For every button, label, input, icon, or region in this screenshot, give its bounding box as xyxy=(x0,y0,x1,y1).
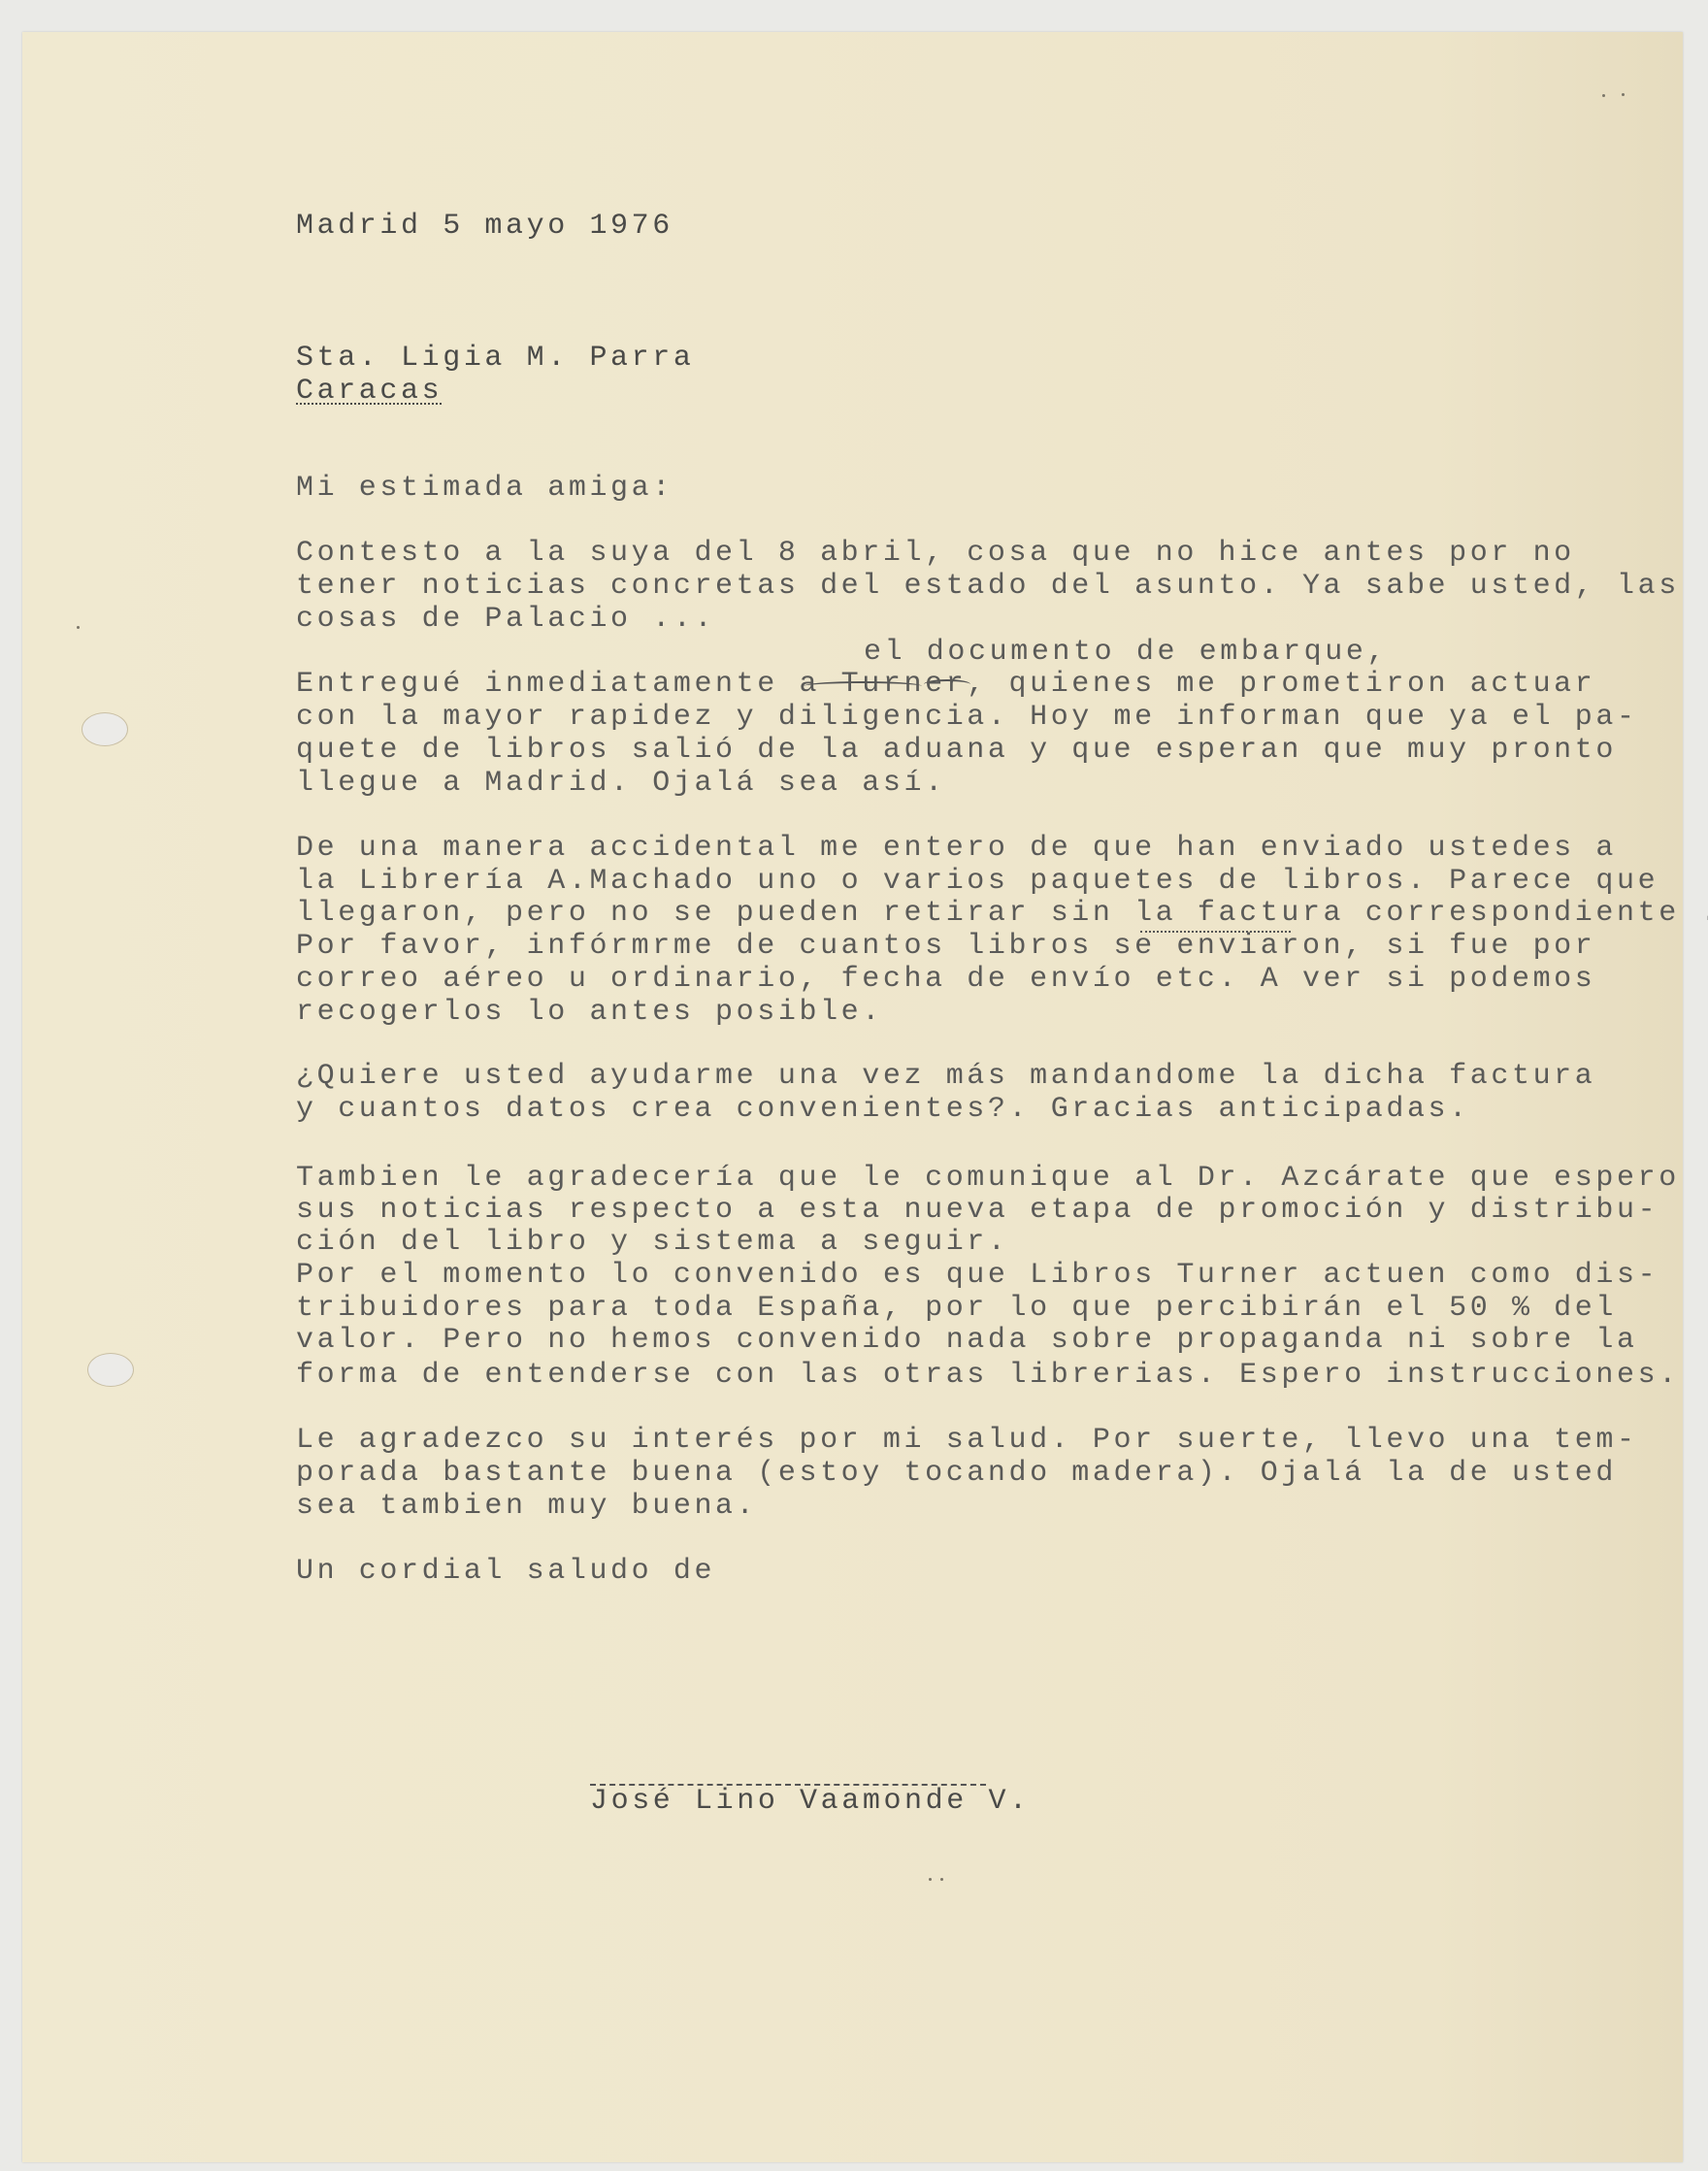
closing: Un cordial saludo de xyxy=(296,1555,715,1588)
recipient-city: Caracas xyxy=(296,375,443,408)
paragraph-line: tener noticias concretas del estado del … xyxy=(296,570,1680,603)
paragraph-line: correo aéreo u ordinario, fecha de envío… xyxy=(296,963,1595,996)
punch-hole-bottom xyxy=(87,1353,134,1387)
paragraph-line: recogerlos lo antes posible. xyxy=(296,996,883,1029)
paragraph-line: y cuantos datos crea convenientes?. Grac… xyxy=(296,1093,1470,1126)
paragraph-line: la Librería A.Machado uno o varios paque… xyxy=(296,865,1659,898)
stray-mark xyxy=(1622,93,1625,96)
paragraph-line: con la mayor rapidez y diligencia. Hoy m… xyxy=(296,701,1638,734)
letter-date: Madrid 5 mayo 1976 xyxy=(296,210,673,243)
salutation: Mi estimada amiga: xyxy=(296,472,673,505)
paragraph-line: llegaron, pero no se pueden retirar sin … xyxy=(296,897,1708,930)
paragraph-line: Tambien le agradecería que le comunique … xyxy=(296,1162,1680,1195)
signature-name: José Lino Vaamonde V. xyxy=(590,1785,1031,1818)
paragraph-line: sea tambien muy buena. xyxy=(296,1490,757,1523)
paragraph-line: ¿Quiere usted ayudarme una vez más manda… xyxy=(296,1060,1595,1093)
paragraph-line: De una manera accidental me entero de qu… xyxy=(296,832,1617,865)
paragraph-line: ción del libro y sistema a seguir. xyxy=(296,1226,1009,1259)
paragraph-line: cosas de Palacio ... xyxy=(296,603,715,636)
paragraph-line: Por el momento lo convenido es que Libro… xyxy=(296,1259,1659,1292)
stray-mark xyxy=(929,1878,932,1881)
paragraph-line: Le agradezco su interés por mi salud. Po… xyxy=(296,1424,1638,1457)
paragraph-line: Contesto a la suya del 8 abril, cosa que… xyxy=(296,537,1575,570)
stray-mark xyxy=(940,1878,943,1881)
handwritten-insertion: el documento de embarque, xyxy=(864,636,1388,669)
paragraph-line: Entregué inmediatamente a Turner, quiene… xyxy=(296,668,1595,701)
stray-mark xyxy=(77,626,80,629)
punch-hole-top xyxy=(82,712,128,746)
paragraph-line: quete de libros salió de la aduana y que… xyxy=(296,734,1617,767)
paragraph-line: forma de entenderse con las otras librer… xyxy=(296,1359,1680,1392)
stray-mark xyxy=(1602,94,1605,97)
paragraph-line: porada bastante buena (estoy tocando mad… xyxy=(296,1457,1617,1490)
paragraph-line: sus noticias respecto a esta nueva etapa… xyxy=(296,1194,1659,1227)
paragraph-line: Por favor, infórmrme de cuantos libros s… xyxy=(296,930,1595,963)
paragraph-line: tribuidores para toda España, por lo que… xyxy=(296,1292,1617,1325)
recipient-name: Sta. Ligia M. Parra xyxy=(296,342,694,375)
paragraph-line: valor. Pero no hemos convenido nada sobr… xyxy=(296,1324,1638,1357)
paragraph-line: llegue a Madrid. Ojalá sea así. xyxy=(296,767,946,800)
